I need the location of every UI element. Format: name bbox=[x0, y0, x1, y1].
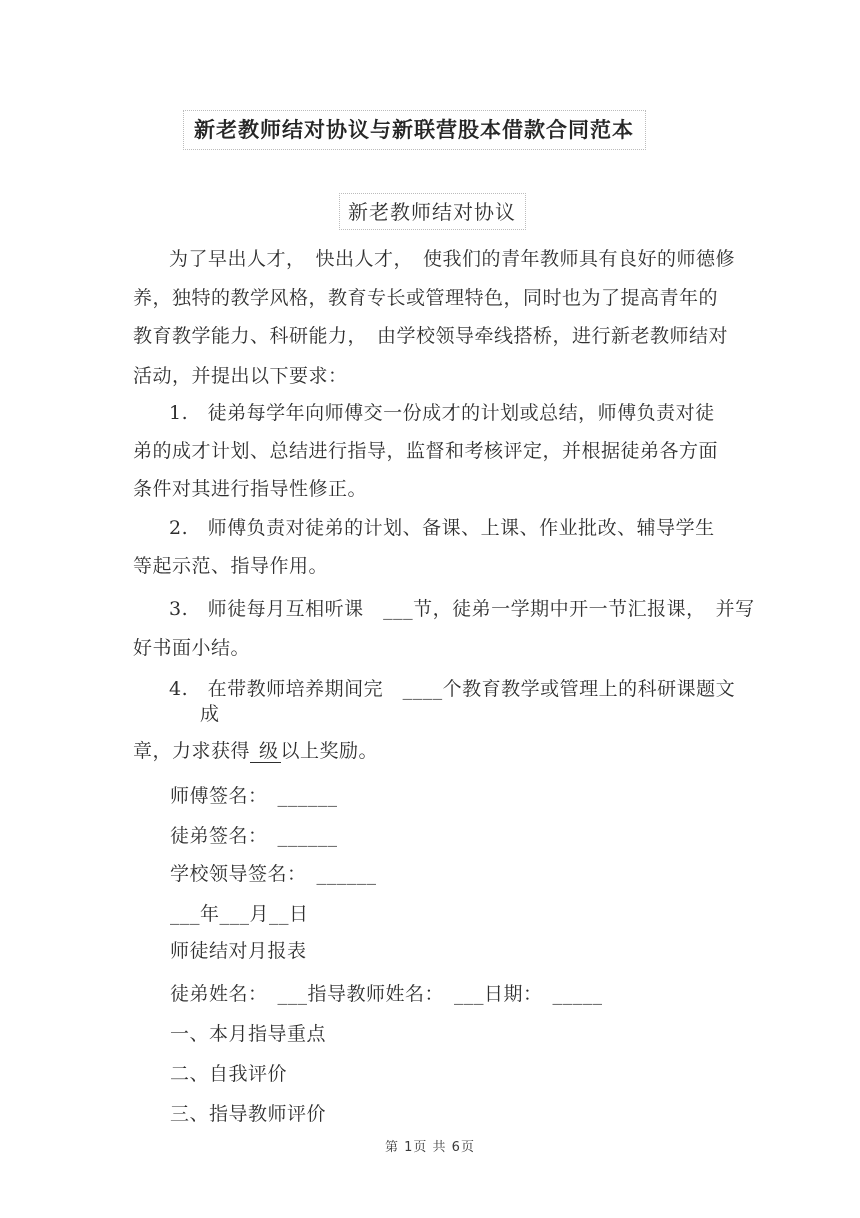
award-line-post: 以上奖励。 bbox=[281, 740, 379, 762]
monthly-report-title: 师徒结对月报表 bbox=[170, 940, 307, 963]
list-item-2-line: 2. 师傅负责对徒弟的计划、备课、上课、作业批改、辅导学生 bbox=[169, 517, 715, 540]
document-page: 新老教师结对协议与新联营股本借款合同范本 新老教师结对协议 为了早出人才， 快出… bbox=[0, 0, 860, 1218]
list-item-4-line: 4. 在带教师培养期间完 ____个教育教学或管理上的科研课题文 bbox=[169, 678, 735, 701]
list-item-4-continuation: 章，力求获得级以上奖励。 bbox=[133, 740, 378, 763]
list-item-3-line: 好书面小结。 bbox=[133, 637, 250, 660]
paragraph-line: 养，独特的教学风格，教育专长或管理特色，同时也为了提高青年的 bbox=[133, 287, 718, 310]
section-3-heading: 三、指导教师评价 bbox=[170, 1103, 326, 1126]
document-title: 新老教师结对协议与新联营股本借款合同范本 bbox=[183, 110, 646, 150]
award-line-pre: 章，力求获得 bbox=[133, 740, 250, 762]
list-item-3-line: 3. 师徒每月互相听课 ___节，徒弟一学期中开一节汇报课， 并写 bbox=[169, 598, 755, 621]
section-2-heading: 二、自我评价 bbox=[170, 1063, 287, 1086]
paragraph-line: 活动，并提出以下要求： bbox=[133, 365, 348, 388]
document-subtitle: 新老教师结对协议 bbox=[339, 193, 526, 230]
award-grade-blank: 级 bbox=[250, 740, 281, 763]
apprentice-signature-line: 徒弟签名： ______ bbox=[170, 825, 338, 848]
list-item-1-line: 弟的成才计划、总结进行指导，监督和考核评定，并根据徒弟各方面 bbox=[133, 440, 718, 463]
master-signature-line: 师傅签名： ______ bbox=[170, 785, 338, 808]
paragraph-line: 为了早出人才， 快出人才， 使我们的青年教师具有良好的师德修 bbox=[169, 248, 735, 271]
paragraph-line: 教育教学能力、科研能力， 由学校领导牵线搭桥，进行新老教师结对 bbox=[133, 325, 728, 348]
section-1-heading: 一、本月指导重点 bbox=[170, 1023, 326, 1046]
list-item-4-wrap-char: 成 bbox=[200, 703, 220, 726]
date-line: ___年___月__日 bbox=[170, 903, 309, 926]
list-item-1-line: 1. 徒弟每学年向师傅交一份成才的计划或总结，师傅负责对徒 bbox=[169, 402, 715, 425]
school-leader-signature-line: 学校领导签名： ______ bbox=[170, 863, 377, 886]
report-names-line: 徒弟姓名： ___指导教师姓名： ___日期： _____ bbox=[170, 983, 603, 1006]
list-item-2-line: 等起示范、指导作用。 bbox=[133, 555, 328, 578]
list-item-1-line: 条件对其进行指导性修正。 bbox=[133, 478, 367, 501]
footer-page-number: 第 1页 共 6页 bbox=[0, 1136, 860, 1155]
